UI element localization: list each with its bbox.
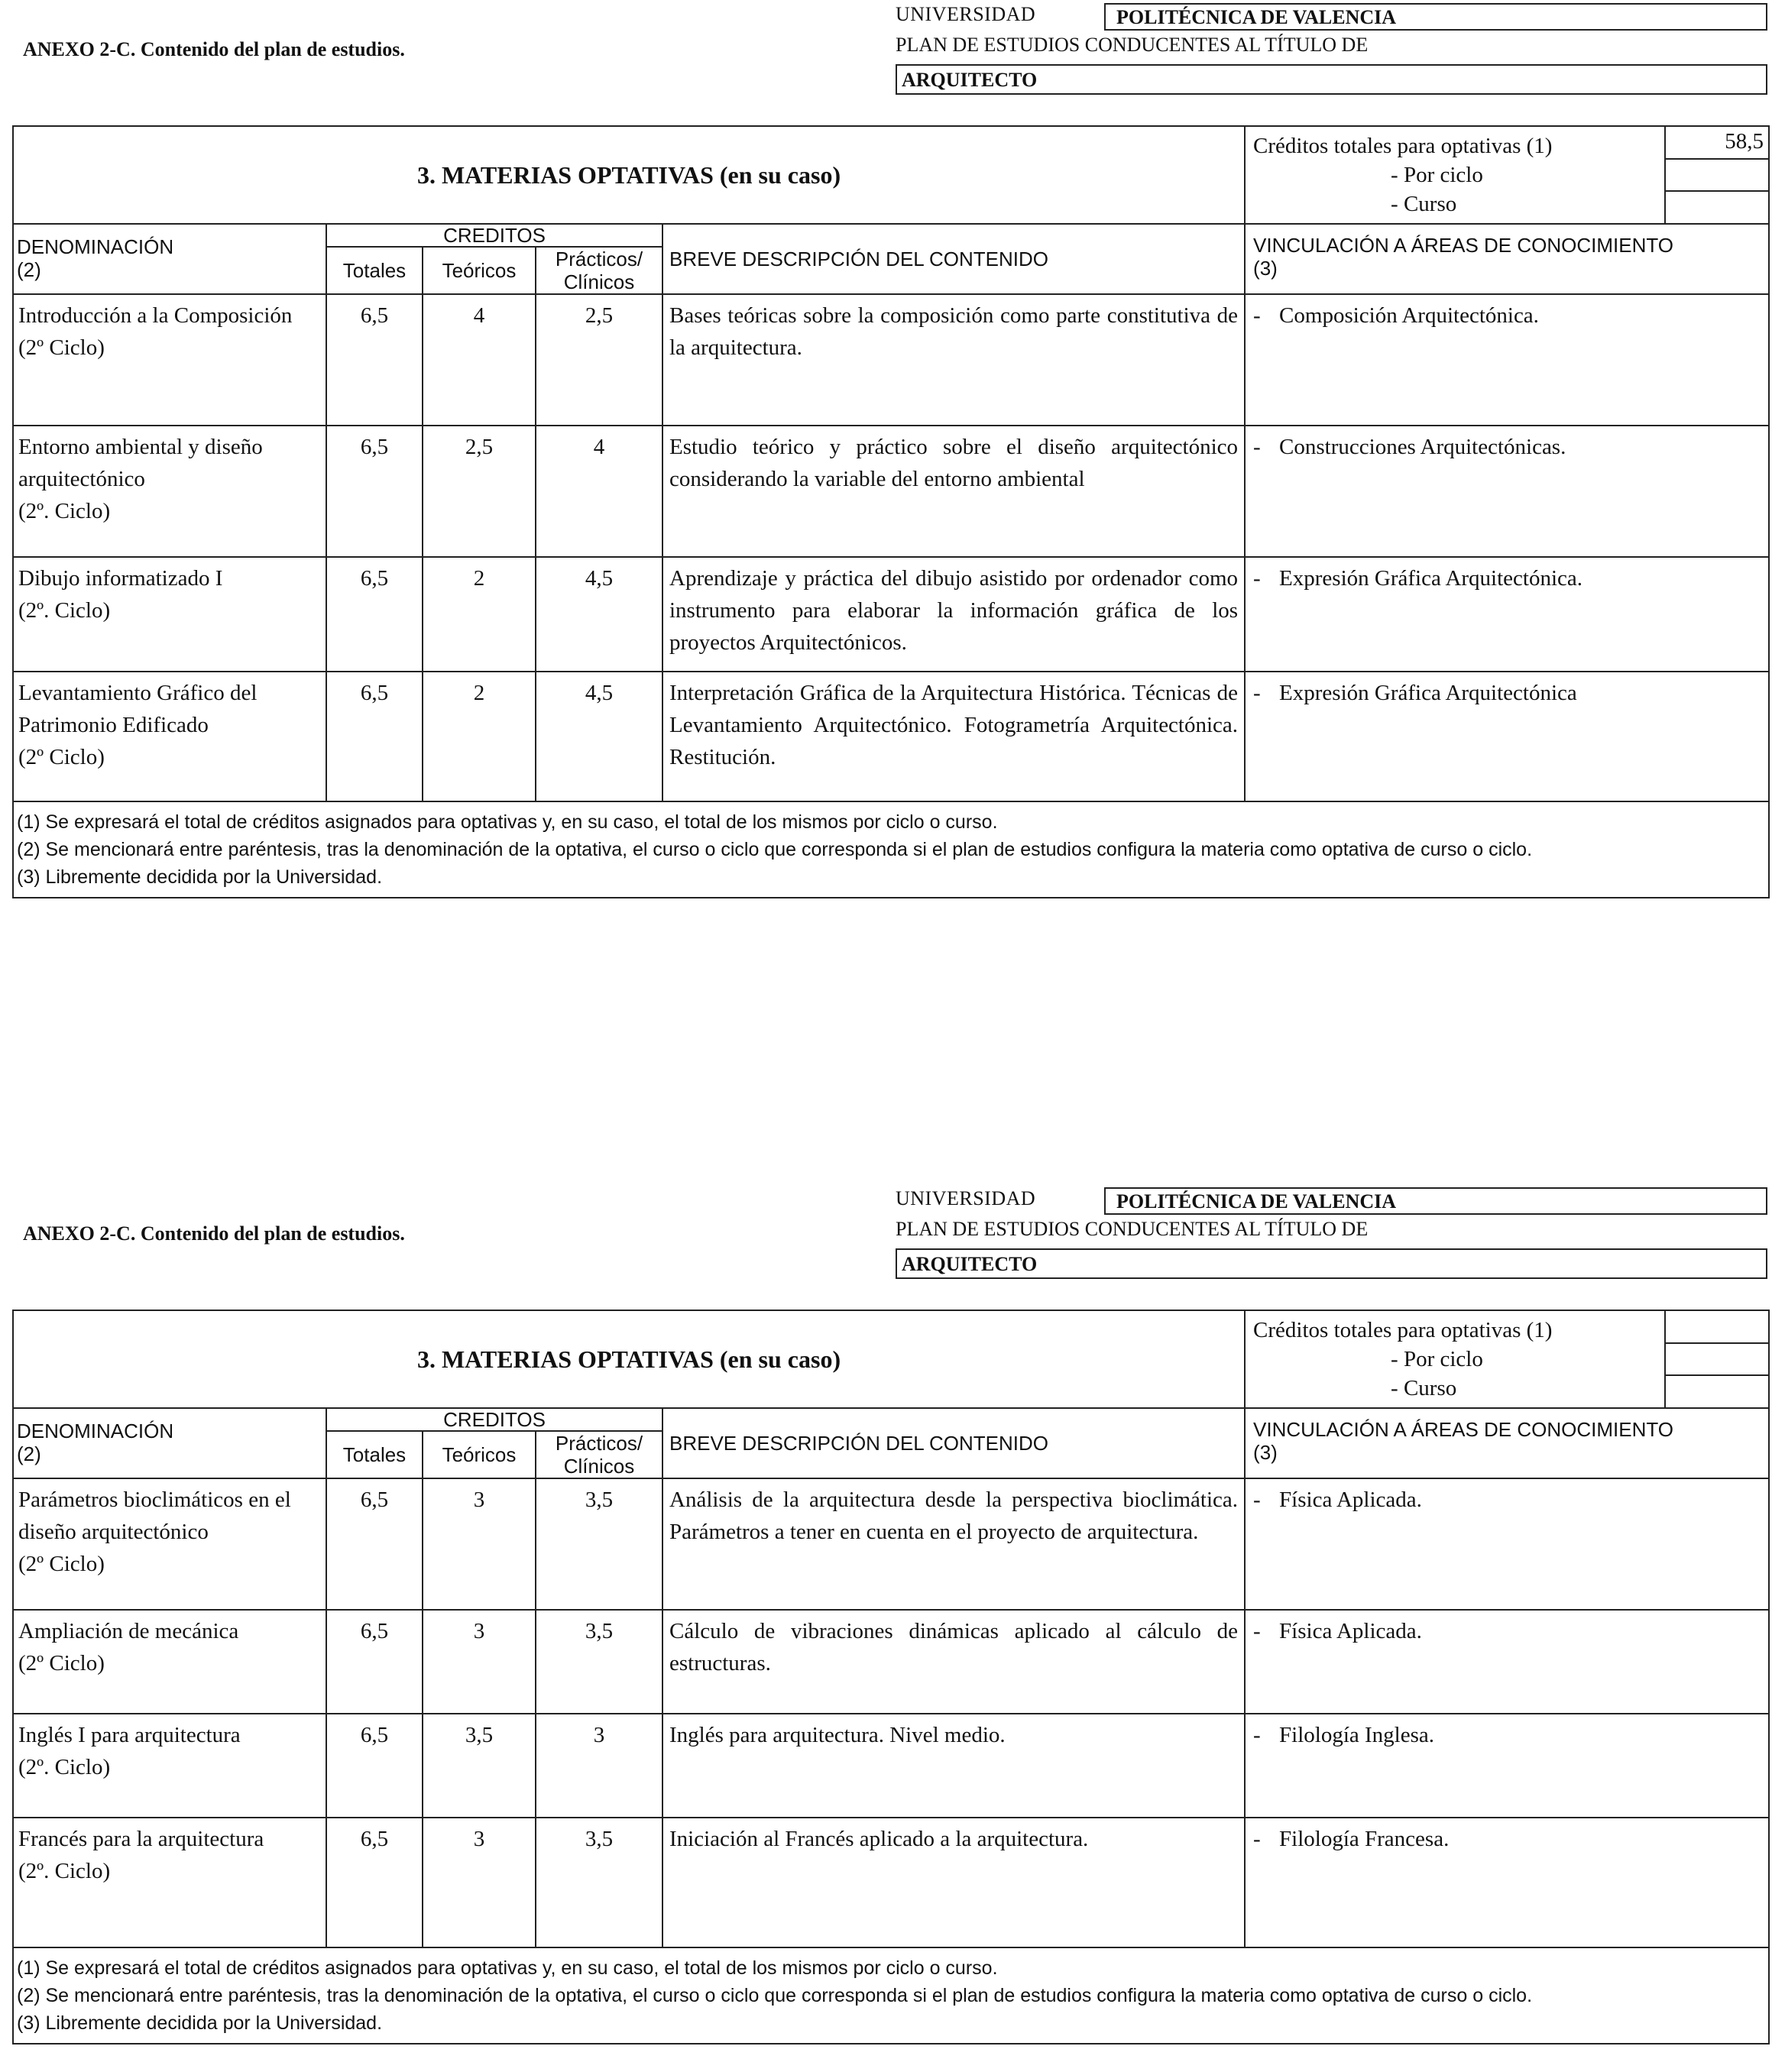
totals-label: Créditos totales para optativas (1) bbox=[1253, 1316, 1657, 1345]
credits-practicos: 4 bbox=[536, 426, 662, 557]
credits-practicos: 4,5 bbox=[536, 557, 662, 672]
subject-name: Dibujo informatizado I bbox=[18, 562, 321, 594]
footnote-2: (2) Se mencionará entre paréntesis, tras… bbox=[17, 837, 1765, 862]
subject-description: Iniciación al Francés aplicado a la arqu… bbox=[662, 1818, 1245, 1947]
knowledge-area: -Expresión Gráfica Arquitectónica. bbox=[1245, 557, 1769, 672]
subject-denominacion: Francés para la arquitectura (2º. Ciclo) bbox=[13, 1818, 326, 1947]
subject-name: Ampliación de mecánica bbox=[18, 1615, 321, 1647]
header-creditos: CREDITOS bbox=[326, 1408, 662, 1431]
universidad-field: POLITÉCNICA DE VALENCIA bbox=[1104, 1187, 1767, 1215]
table-row: Introducción a la Composición (2º Ciclo)… bbox=[13, 294, 1769, 426]
credits-teoricos: 2 bbox=[423, 672, 536, 801]
optativas-table: 3. MATERIAS OPTATIVAS (en su caso) Crédi… bbox=[12, 125, 1770, 898]
header-practicos: Prácticos/ Clínicos bbox=[536, 1431, 662, 1478]
credits-totales: 6,5 bbox=[326, 1818, 423, 1947]
por-ciclo-value bbox=[1665, 1343, 1769, 1376]
universidad-field: POLITÉCNICA DE VALENCIA bbox=[1104, 3, 1767, 31]
bullet-dash: - bbox=[1253, 299, 1279, 332]
credits-totales: 6,5 bbox=[326, 557, 423, 672]
table-row: Francés para la arquitectura (2º. Ciclo)… bbox=[13, 1818, 1769, 1947]
header-denominacion: DENOMINACIÓN (2) bbox=[13, 224, 326, 294]
header-totales: Totales bbox=[326, 1431, 423, 1478]
subject-denominacion: Levantamiento Gráfico del Patrimonio Edi… bbox=[13, 672, 326, 801]
subject-cycle: (2º Ciclo) bbox=[18, 1647, 321, 1679]
totals-value bbox=[1665, 1310, 1769, 1343]
titulo-field: ARQUITECTO bbox=[896, 64, 1767, 95]
credits-teoricos: 3 bbox=[423, 1818, 536, 1947]
knowledge-area-text: Composición Arquitectónica. bbox=[1279, 303, 1539, 328]
knowledge-area: -Filología Francesa. bbox=[1245, 1818, 1769, 1947]
footnote-1: (1) Se expresará el total de créditos as… bbox=[17, 1956, 1765, 1980]
subject-cycle: (2º Ciclo) bbox=[18, 741, 321, 773]
section-title-suffix: (en su caso) bbox=[720, 1345, 841, 1373]
bullet-dash: - bbox=[1253, 677, 1279, 709]
knowledge-area: -Construcciones Arquitectónicas. bbox=[1245, 426, 1769, 557]
totals-label: Créditos totales para optativas (1) bbox=[1253, 131, 1657, 160]
credits-teoricos: 2 bbox=[423, 557, 536, 672]
subject-description: Estudio teórico y práctico sobre el dise… bbox=[662, 426, 1245, 557]
bullet-dash: - bbox=[1253, 1719, 1279, 1751]
credits-practicos: 4,5 bbox=[536, 672, 662, 801]
subject-denominacion: Dibujo informatizado I (2º. Ciclo) bbox=[13, 557, 326, 672]
totals-value: 58,5 bbox=[1665, 126, 1769, 159]
subject-name: Levantamiento Gráfico del Patrimonio Edi… bbox=[18, 677, 321, 741]
subject-cycle: (2º Ciclo) bbox=[18, 1548, 321, 1580]
universidad-label: UNIVERSIDAD bbox=[896, 3, 1035, 26]
header-denominacion-label: DENOMINACIÓN bbox=[17, 235, 322, 258]
subject-description: Bases teóricas sobre la composición como… bbox=[662, 294, 1245, 426]
knowledge-area: -Física Aplicada. bbox=[1245, 1478, 1769, 1610]
subject-cycle: (2º. Ciclo) bbox=[18, 1751, 321, 1783]
plan-label: PLAN DE ESTUDIOS CONDUCENTES AL TÍTULO D… bbox=[896, 1218, 1368, 1241]
footnote-3: (3) Libremente decidida por la Universid… bbox=[17, 2011, 1765, 2035]
section-title-text: 3. MATERIAS OPTATIVAS bbox=[417, 161, 714, 189]
knowledge-area-text: Filología Inglesa. bbox=[1279, 1723, 1434, 1747]
credits-totales: 6,5 bbox=[326, 426, 423, 557]
footnotes: (1) Se expresará el total de créditos as… bbox=[13, 801, 1769, 898]
header-totales: Totales bbox=[326, 247, 423, 294]
header-denominacion: DENOMINACIÓN (2) bbox=[13, 1408, 326, 1478]
header-vinculacion-note: (3) bbox=[1253, 257, 1762, 280]
subject-description: Interpretación Gráfica de la Arquitectur… bbox=[662, 672, 1245, 801]
subject-name: Parámetros bioclimáticos en el diseño ar… bbox=[18, 1484, 321, 1548]
curso-label: - Curso bbox=[1253, 1374, 1657, 1403]
section-title-suffix: (en su caso) bbox=[720, 161, 841, 189]
section-title-text: 3. MATERIAS OPTATIVAS bbox=[417, 1345, 714, 1373]
footnote-2: (2) Se mencionará entre paréntesis, tras… bbox=[17, 1983, 1765, 2008]
subject-description: Inglés para arquitectura. Nivel medio. bbox=[662, 1714, 1245, 1818]
header-vinculacion: VINCULACIÓN A ÁREAS DE CONOCIMIENTO (3) bbox=[1245, 1408, 1769, 1478]
header-vinculacion-label: VINCULACIÓN A ÁREAS DE CONOCIMIENTO bbox=[1253, 234, 1762, 257]
por-ciclo-label: - Por ciclo bbox=[1253, 1345, 1657, 1374]
titulo-field: ARQUITECTO bbox=[896, 1248, 1767, 1279]
section-title: 3. MATERIAS OPTATIVAS (en su caso) bbox=[13, 126, 1245, 224]
por-ciclo-label: - Por ciclo bbox=[1253, 160, 1657, 189]
subject-name: Entorno ambiental y diseño arquitectónic… bbox=[18, 431, 321, 495]
subject-denominacion: Entorno ambiental y diseño arquitectónic… bbox=[13, 426, 326, 557]
plan-label: PLAN DE ESTUDIOS CONDUCENTES AL TÍTULO D… bbox=[896, 34, 1368, 57]
curso-value bbox=[1665, 1375, 1769, 1408]
totals-label-cell: Créditos totales para optativas (1) - Po… bbox=[1245, 126, 1665, 224]
bullet-dash: - bbox=[1253, 1484, 1279, 1516]
subject-description: Análisis de la arquitectura desde la per… bbox=[662, 1478, 1245, 1610]
subject-name: Francés para la arquitectura bbox=[18, 1823, 321, 1855]
table-row: Inglés I para arquitectura (2º. Ciclo) 6… bbox=[13, 1714, 1769, 1818]
curso-label: - Curso bbox=[1253, 189, 1657, 219]
knowledge-area-text: Física Aplicada. bbox=[1279, 1619, 1422, 1643]
annex-title: ANEXO 2-C. Contenido del plan de estudio… bbox=[23, 1222, 405, 1245]
subject-name: Introducción a la Composición bbox=[18, 299, 321, 332]
subject-denominacion: Parámetros bioclimáticos en el diseño ar… bbox=[13, 1478, 326, 1610]
por-ciclo-value bbox=[1665, 159, 1769, 192]
optativas-table: 3. MATERIAS OPTATIVAS (en su caso) Crédi… bbox=[12, 1310, 1770, 2044]
table-row: Levantamiento Gráfico del Patrimonio Edi… bbox=[13, 672, 1769, 801]
table-row: Parámetros bioclimáticos en el diseño ar… bbox=[13, 1478, 1769, 1610]
knowledge-area-text: Construcciones Arquitectónicas. bbox=[1279, 435, 1566, 459]
totals-label-cell: Créditos totales para optativas (1) - Po… bbox=[1245, 1310, 1665, 1408]
credits-totales: 6,5 bbox=[326, 1478, 423, 1610]
bullet-dash: - bbox=[1253, 431, 1279, 463]
knowledge-area-text: Expresión Gráfica Arquitectónica. bbox=[1279, 566, 1582, 591]
universidad-label: UNIVERSIDAD bbox=[896, 1187, 1035, 1210]
footnote-1: (1) Se expresará el total de créditos as… bbox=[17, 810, 1765, 834]
header-denominacion-label: DENOMINACIÓN bbox=[17, 1420, 322, 1442]
header-descripcion: BREVE DESCRIPCIÓN DEL CONTENIDO bbox=[662, 1408, 1245, 1478]
knowledge-area-text: Filología Francesa. bbox=[1279, 1827, 1449, 1851]
subject-description: Aprendizaje y práctica del dibujo asisti… bbox=[662, 557, 1245, 672]
header-vinculacion: VINCULACIÓN A ÁREAS DE CONOCIMIENTO (3) bbox=[1245, 224, 1769, 294]
knowledge-area: -Expresión Gráfica Arquitectónica bbox=[1245, 672, 1769, 801]
bullet-dash: - bbox=[1253, 562, 1279, 594]
section-title: 3. MATERIAS OPTATIVAS (en su caso) bbox=[13, 1310, 1245, 1408]
credits-teoricos: 3 bbox=[423, 1610, 536, 1714]
header-teoricos: Teóricos bbox=[423, 247, 536, 294]
credits-teoricos: 4 bbox=[423, 294, 536, 426]
subject-description: Cálculo de vibraciones dinámicas aplicad… bbox=[662, 1610, 1245, 1714]
credits-practicos: 3,5 bbox=[536, 1610, 662, 1714]
header-creditos: CREDITOS bbox=[326, 224, 662, 247]
footnotes: (1) Se expresará el total de créditos as… bbox=[13, 1947, 1769, 2044]
table-row: Ampliación de mecánica (2º Ciclo) 6,5 3 … bbox=[13, 1610, 1769, 1714]
credits-totales: 6,5 bbox=[326, 1714, 423, 1818]
curso-value bbox=[1665, 191, 1769, 224]
table-row: Dibujo informatizado I (2º. Ciclo) 6,5 2… bbox=[13, 557, 1769, 672]
subject-denominacion: Introducción a la Composición (2º Ciclo) bbox=[13, 294, 326, 426]
credits-practicos: 3 bbox=[536, 1714, 662, 1818]
footnote-3: (3) Libremente decidida por la Universid… bbox=[17, 865, 1765, 889]
credits-practicos: 2,5 bbox=[536, 294, 662, 426]
subject-denominacion: Inglés I para arquitectura (2º. Ciclo) bbox=[13, 1714, 326, 1818]
credits-totales: 6,5 bbox=[326, 1610, 423, 1714]
knowledge-area: -Física Aplicada. bbox=[1245, 1610, 1769, 1714]
subject-cycle: (2º Ciclo) bbox=[18, 332, 321, 364]
knowledge-area-text: Física Aplicada. bbox=[1279, 1488, 1422, 1512]
subject-cycle: (2º. Ciclo) bbox=[18, 594, 321, 626]
header-denominacion-note: (2) bbox=[17, 258, 322, 281]
subject-denominacion: Ampliación de mecánica (2º Ciclo) bbox=[13, 1610, 326, 1714]
annex-title: ANEXO 2-C. Contenido del plan de estudio… bbox=[23, 38, 405, 61]
credits-totales: 6,5 bbox=[326, 672, 423, 801]
credits-totales: 6,5 bbox=[326, 294, 423, 426]
subject-cycle: (2º. Ciclo) bbox=[18, 495, 321, 527]
bullet-dash: - bbox=[1253, 1615, 1279, 1647]
header-vinculacion-note: (3) bbox=[1253, 1441, 1762, 1464]
knowledge-area: -Filología Inglesa. bbox=[1245, 1714, 1769, 1818]
credits-teoricos: 3,5 bbox=[423, 1714, 536, 1818]
header-descripcion: BREVE DESCRIPCIÓN DEL CONTENIDO bbox=[662, 224, 1245, 294]
header-denominacion-note: (2) bbox=[17, 1442, 322, 1465]
credits-teoricos: 3 bbox=[423, 1478, 536, 1610]
table-row: Entorno ambiental y diseño arquitectónic… bbox=[13, 426, 1769, 557]
subject-cycle: (2º. Ciclo) bbox=[18, 1855, 321, 1887]
knowledge-area-text: Expresión Gráfica Arquitectónica bbox=[1279, 681, 1577, 705]
header-teoricos: Teóricos bbox=[423, 1431, 536, 1478]
header-practicos: Prácticos/ Clínicos bbox=[536, 247, 662, 294]
credits-practicos: 3,5 bbox=[536, 1478, 662, 1610]
credits-teoricos: 2,5 bbox=[423, 426, 536, 557]
subject-name: Inglés I para arquitectura bbox=[18, 1719, 321, 1751]
bullet-dash: - bbox=[1253, 1823, 1279, 1855]
credits-practicos: 3,5 bbox=[536, 1818, 662, 1947]
header-vinculacion-label: VINCULACIÓN A ÁREAS DE CONOCIMIENTO bbox=[1253, 1418, 1762, 1441]
knowledge-area: -Composición Arquitectónica. bbox=[1245, 294, 1769, 426]
